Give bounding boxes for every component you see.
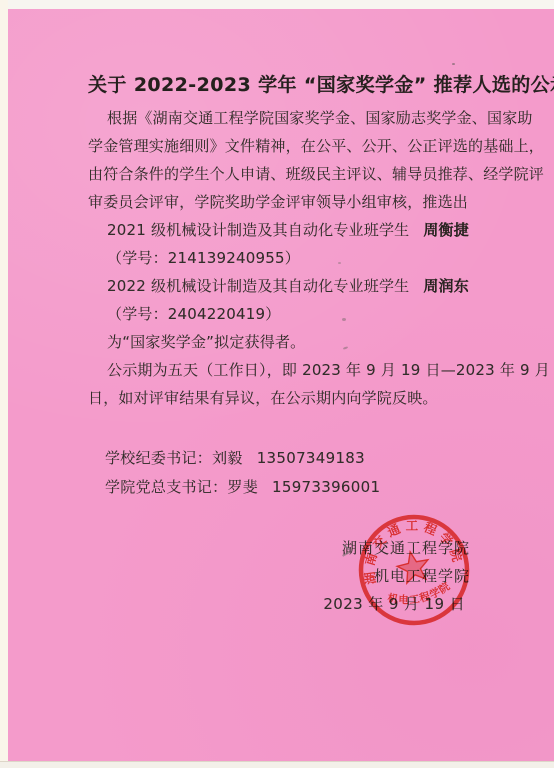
seal-sub-text: 机电工程学院 xyxy=(384,578,454,612)
notice-line: 日，如对评审结果有异议，在公示期内向学院反映。 xyxy=(88,384,478,412)
scan-speck xyxy=(338,262,341,264)
contact-label-2: 学院党总支书记： xyxy=(105,478,227,496)
contact-row-2: 学院党总支书记：罗斐15973396001 xyxy=(105,473,485,502)
student-id-2: （学号：2404220419） xyxy=(88,300,478,328)
contact-row-1: 学校纪委书记：刘毅13507349183 xyxy=(105,444,485,473)
contact-phone-2: 15973396001 xyxy=(272,478,380,496)
paragraph-line: 学金管理实施细则》文件精神，在公平、公开、公正评选的基础上， xyxy=(88,132,478,160)
contact-label-1: 学校纪委书记： xyxy=(105,449,212,467)
scan-speck xyxy=(342,318,346,321)
student-line-1: 2021 级机械设计制造及其自动化专业班学生周衡捷 xyxy=(88,216,478,244)
official-red-seal: 湖南交通工程学院 机电工程学院 xyxy=(345,501,483,639)
contact-list: 学校纪委书记：刘毅13507349183 学院党总支书记：罗斐159733960… xyxy=(105,444,485,502)
svg-text:机电工程学院: 机电工程学院 xyxy=(384,578,454,612)
scanned-document-page: { "doc": { "title": "关于 2022-2023 学年 “国家… xyxy=(0,0,554,768)
contact-name-1: 刘毅 xyxy=(212,449,243,467)
contact-phone-1: 13507349183 xyxy=(257,449,365,467)
student-class-1: 2021 级机械设计制造及其自动化专业班学生 xyxy=(107,221,409,239)
scan-margin-bottom xyxy=(0,761,554,768)
scan-speck xyxy=(452,63,455,65)
pink-notice-paper: 关于 2022-2023 学年 “国家奖学金” 推荐人选的公示 根据《湖南交通工… xyxy=(8,9,554,761)
paragraph-line: 由符合条件的学生个人申请、班级民主评议、辅导员推荐、经学院评 xyxy=(88,160,478,188)
decision-line: 为“国家奖学金”拟定获得者。 xyxy=(88,328,478,356)
student-id-1: （学号：214139240955） xyxy=(88,244,478,272)
scan-margin-left xyxy=(0,0,8,768)
notice-line: 公示期为五天（工作日），即 2023 年 9 月 19 日—2023 年 9 月… xyxy=(88,356,478,384)
document-body: 根据《湖南交通工程学院国家奖学金、国家励志奖学金、国家助 学金管理实施细则》文件… xyxy=(88,104,478,412)
seal-star-icon xyxy=(395,549,432,585)
scan-margin-top xyxy=(0,0,554,9)
student-name-2: 周润东 xyxy=(423,277,469,295)
contact-name-2: 罗斐 xyxy=(227,478,258,496)
student-line-2: 2022 级机械设计制造及其自动化专业班学生周润东 xyxy=(88,272,478,300)
student-class-2: 2022 级机械设计制造及其自动化专业班学生 xyxy=(107,277,409,295)
paragraph-line: 审委员会评审，学院奖助学金评审领导小组审核，推选出 xyxy=(88,188,478,216)
document-title: 关于 2022-2023 学年 “国家奖学金” 推荐人选的公示 xyxy=(88,70,470,97)
paragraph-line: 根据《湖南交通工程学院国家奖学金、国家励志奖学金、国家助 xyxy=(88,104,478,132)
student-name-1: 周衡捷 xyxy=(423,221,469,239)
